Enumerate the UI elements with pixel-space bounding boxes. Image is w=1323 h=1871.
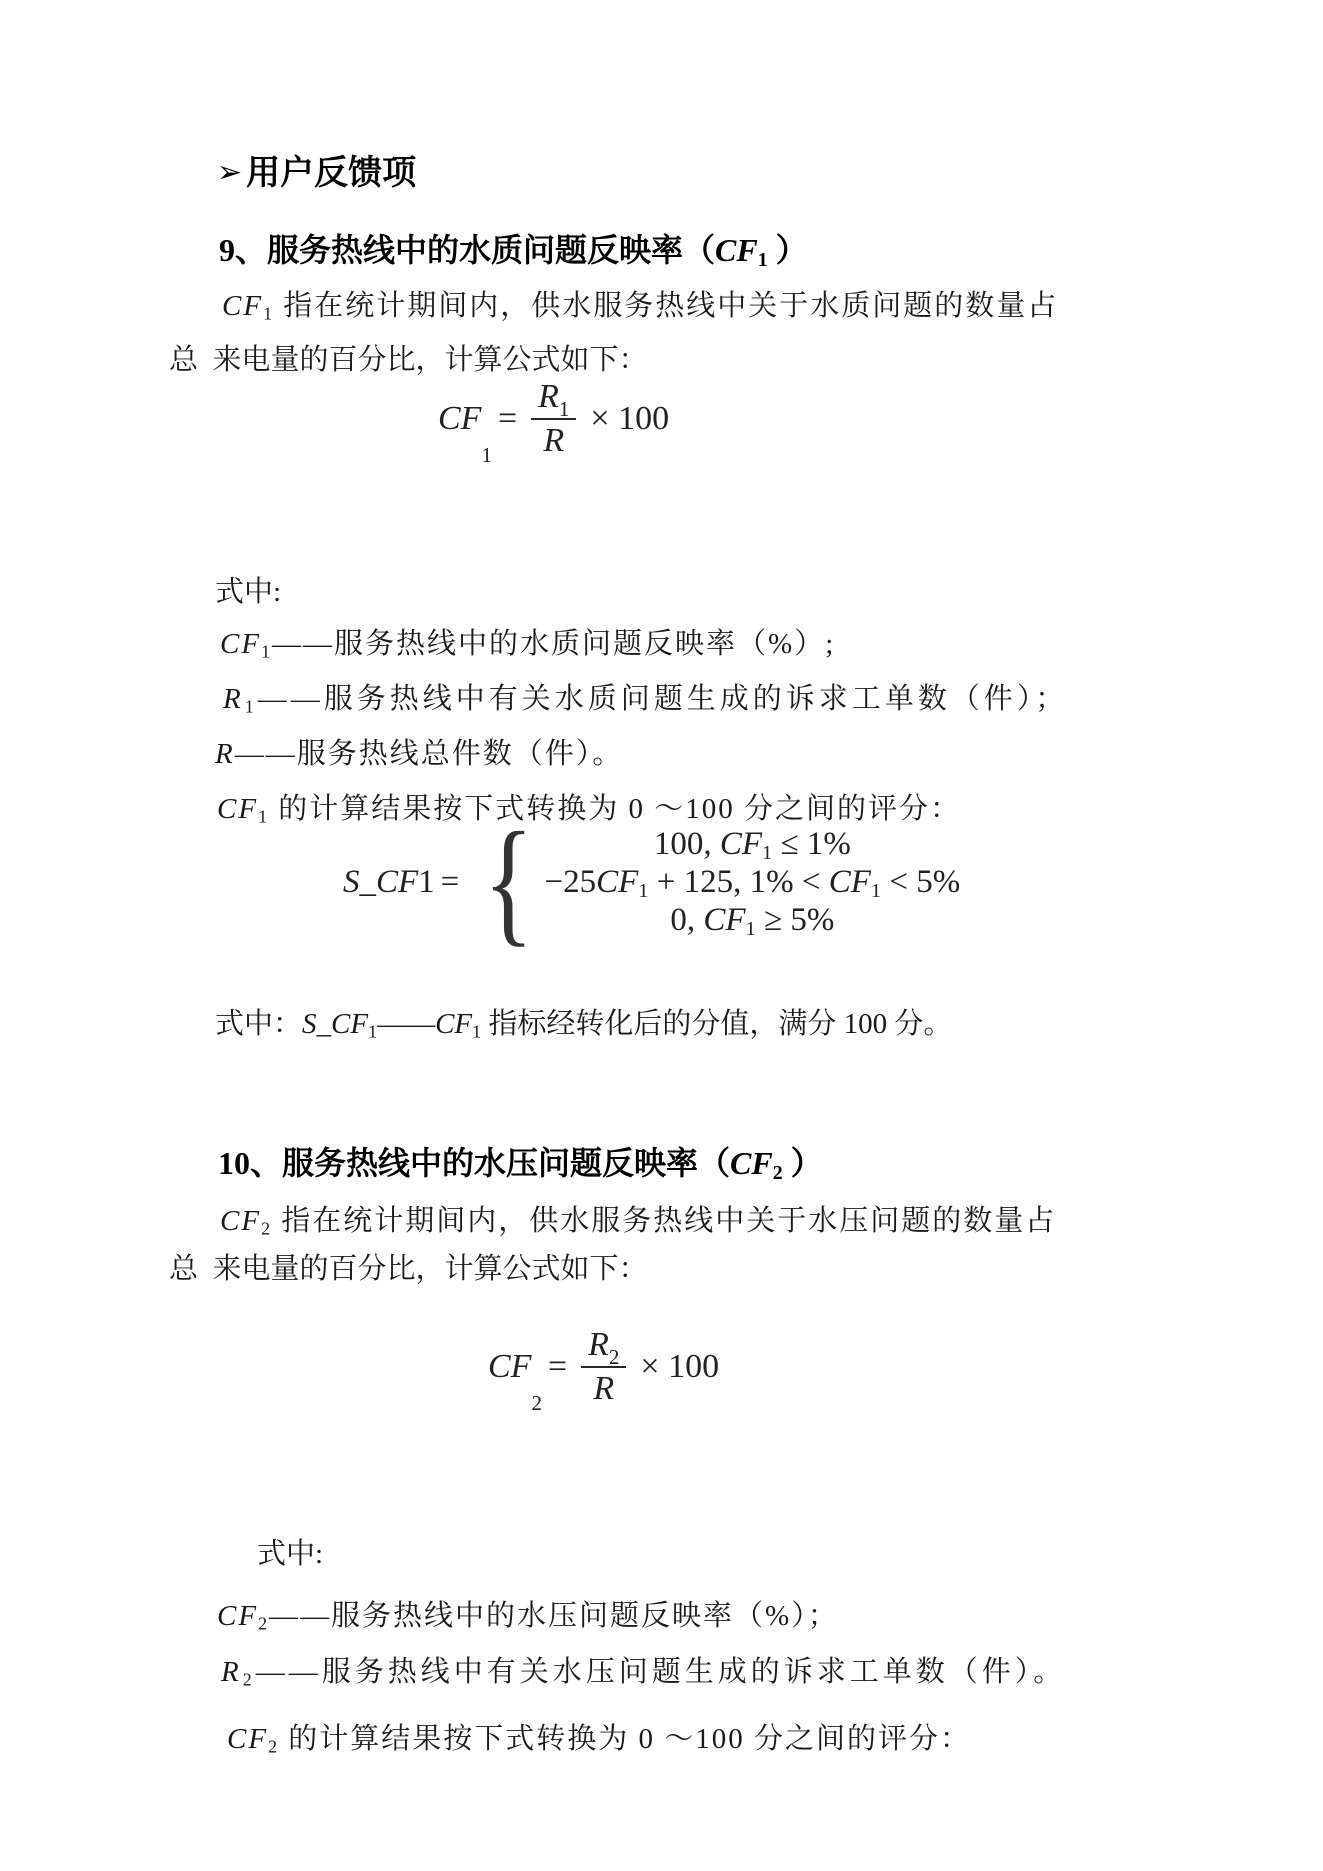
section-9-score-note: 式中：S_CF1——CF1 指标经转化后的分值，满分 100 分。 [186,970,952,1079]
var-cf-sub: 1 [481,443,492,468]
section-10-convert-line: CF2 的计算结果按下式转换为 0 ～100 分之间的评分： [190,1685,971,1794]
var-cf1: CF [217,793,258,825]
formula-s-cf1-piecewise: S_CF1 = { 100, CF1 ≤ 1% −25CF1 + 125, 1%… [343,825,960,939]
var-cf-sub: 1 [762,842,772,864]
var-cf-sub: 1 [871,880,881,902]
convert-text: 的计算结果按下式转换为 0 ～100 分之间的评分： [279,1723,971,1755]
var-r2: R [221,1656,243,1688]
var-s-cf1-sub: 1 [368,1022,377,1042]
em-dash: —— [377,1008,435,1040]
var-s-cf: S_CF [343,864,418,901]
var-cf-sub: 2 [531,1391,542,1416]
times-100: × 100 [584,400,675,438]
definition-text: ——服务热线中有关水压问题生成的诉求工单数（件）。 [256,1656,1067,1688]
formula-lhs: CF [438,400,481,438]
var-r: R [538,378,559,416]
case-3: 0, CF1 ≥ 5% [670,901,834,939]
formula-lhs: CF [488,1348,531,1386]
var-cf-sub: 1 [638,880,648,902]
case-pre: −25 [545,864,597,900]
var-r-sub: 1 [559,397,570,422]
where-text: 式中： [215,1008,302,1040]
equals-sign: = [492,400,523,438]
arrowhead-bullet-icon: ➢ [217,156,242,189]
var-cf: CF [829,864,871,900]
piecewise-cases: 100, CF1 ≤ 1% −25CF1 + 125, 1% < CF1 < 5… [545,825,961,939]
document-page: ➢用户反馈项 9、服务热线中的水质问题反映率（CF1 ） CF1 指在统计期间内… [0,0,1323,1871]
paragraph-text: 总 来电量的百分比，计算公式如下： [169,1253,648,1285]
var-r-sub: 2 [609,1345,620,1370]
times-100: × 100 [634,1348,725,1386]
section-10-paragraph-line-2: 总 来电量的百分比，计算公式如下： [140,1215,648,1324]
paragraph-text: 总 来电量的百分比，计算公式如下： [169,344,648,376]
var-cf1-sub: 1 [258,807,269,827]
fraction-denominator: R [581,1368,626,1408]
var-cf: CF [438,400,481,437]
fraction-numerator: R1 [531,378,576,420]
case-1: 100, CF1 ≤ 1% [654,825,851,863]
case-post: ≥ 5% [756,902,835,938]
fraction-denominator: R [531,420,576,460]
var-s-cf1: S_CF [302,1008,368,1040]
fraction-numerator: R2 [581,1326,626,1368]
var-cf1-sub: 1 [472,1022,481,1042]
var-cf2-sub: 2 [268,1737,279,1757]
formula-cf2: CF2=R2R× 100 [488,1326,725,1408]
convert-text: 的计算结果按下式转换为 0 ～100 分之间的评分： [269,793,961,825]
var-cf2: CF [227,1723,268,1755]
feedback-section-title: 用户反馈项 [246,155,416,192]
score-note-text: 指标经转化后的分值，满分 100 分。 [481,1008,952,1040]
var-cf: CF [488,1348,531,1385]
case-pre: 0, [670,902,703,938]
var-cf: CF [720,826,762,862]
equals-sign: = [542,1348,573,1386]
var-cf-sub: 1 [746,918,756,940]
case-post: < 5% [881,864,960,900]
var-r: R [588,1326,609,1364]
var-cf1: CF [435,1008,472,1040]
case-2: −25CF1 + 125, 1% < CF1 < 5% [545,863,961,901]
fraction: R1R [531,378,576,460]
formula-cf1: CF1=R1R× 100 [438,378,675,460]
case-post: ≤ 1% [772,826,851,862]
var-cf: CF [596,864,638,900]
left-brace: { [484,826,534,938]
var-s-cf-sub: 1 [418,864,435,901]
equals-sign: = [435,864,466,901]
case-pre: 100, [654,826,720,862]
case-mid: + 125, 1% < [649,864,829,900]
var-cf: CF [703,902,745,938]
fraction: R2R [581,1326,626,1408]
